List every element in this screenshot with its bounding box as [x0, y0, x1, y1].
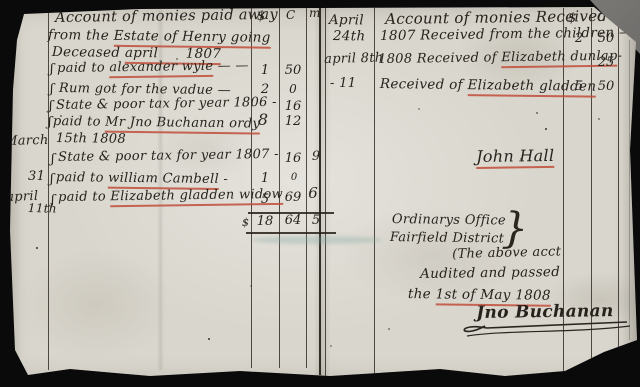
right-row-2-text: 1808 Received of Elizabeth dunlap-: [378, 49, 622, 67]
left-row-6-text: State & poor tax for year 1807 -: [58, 147, 279, 165]
row-text: paid to: [53, 114, 105, 130]
amount-dollars: 2: [566, 31, 592, 46]
left-margin-rule: [48, 8, 49, 370]
left-row-4-text: paid to Mr Jno Buchanan ordy: [53, 114, 260, 132]
amount-dollars: 5: [566, 79, 592, 94]
amount-cents: 0: [280, 82, 306, 96]
left-cents-header: C: [286, 8, 295, 22]
entry-date: - 11: [330, 76, 356, 91]
paper-speckles: [0, 0, 2, 2]
row-text: paid to: [58, 189, 110, 205]
margin-date: 11th: [28, 201, 57, 216]
title-line2-pre: from the: [48, 27, 114, 44]
signature-text: John Hall: [476, 146, 554, 169]
ink-flourish: ʃ: [48, 115, 52, 130]
ink-smudge: [252, 236, 382, 244]
total-marker: $: [242, 216, 249, 229]
total-dollars: 18: [252, 214, 278, 229]
ink-flourish: ʃ: [50, 82, 54, 97]
left-page-title-line1: Account of monies paid away: [55, 7, 278, 26]
amount-cents: 50: [593, 31, 619, 46]
paper-right-border: [629, 40, 630, 340]
right-dollar-header: $: [568, 11, 577, 26]
entry-date: april 8th: [324, 51, 384, 67]
right-row-3-text: Received of Elizabeth gladden: [380, 76, 597, 95]
left-row-7-text: paid to william Cambell -: [56, 170, 228, 187]
amount-cents: 0: [281, 172, 307, 183]
note-line-3: the 1st of May 1808: [408, 286, 551, 304]
amount-dollars: 5: [252, 192, 278, 207]
ledger-paper: Account of monies paid away from the Est…: [0, 0, 640, 387]
left-dollar-header: $: [257, 9, 266, 24]
row-text-after: — —: [213, 58, 249, 73]
office-line-1: Ordinarys Office: [392, 212, 506, 228]
ink-flourish: ʃ: [51, 152, 55, 167]
amount-cents: 50: [593, 79, 619, 94]
amount-cents: 12: [280, 114, 306, 129]
total-bottom-rule: [246, 232, 336, 234]
entry-date: April: [329, 12, 364, 28]
title-line3-pre: Deceased: [52, 44, 125, 61]
note-line-2: Audited and passed: [420, 264, 560, 282]
amount-dollars: 1: [252, 63, 278, 78]
ink-flourish: ʃ: [50, 62, 54, 77]
row-text: paid to: [56, 170, 108, 186]
signature-john-hall: John Hall: [476, 146, 554, 166]
amount-mills: 9: [303, 149, 329, 164]
ink-flourish: ʃ: [49, 99, 53, 114]
row-text-underlined: alexander wyle: [109, 59, 213, 78]
row-text: Received of: [380, 76, 468, 93]
entry-date: 24th: [333, 28, 366, 44]
left-page-title-line2: from the Estate of Henry going: [48, 27, 271, 46]
amount-cents: 16: [280, 99, 306, 114]
signature-flourish: [455, 318, 635, 346]
row-text: 1808 Received of: [378, 50, 501, 67]
amount-cents: 50: [280, 63, 306, 78]
amount-mills: 6: [300, 184, 326, 202]
amount-cents: 25: [593, 55, 619, 70]
left-row-3-text: State & poor tax for year 1806 -: [56, 95, 277, 113]
left-row-5-text: 15th 1808: [56, 131, 126, 147]
total-mills: 5: [303, 213, 329, 228]
note-line-1: (The above acct: [452, 244, 561, 262]
row-text: paid to: [57, 60, 109, 76]
left-mills-header: m: [309, 6, 321, 20]
ink-flourish: ʃ: [50, 172, 54, 187]
amount-dollars: 8: [250, 110, 276, 129]
office-line-2: Fairfield District: [390, 230, 504, 246]
left-row-8-text: paid to Elizabeth gladden widow: [58, 187, 283, 205]
amount-dollars: 1: [252, 171, 278, 186]
row-text-underlined: Mr Jno Buchanan ordy: [105, 115, 260, 135]
margin-date: 31: [28, 169, 45, 184]
scanned-ledger-page: Account of monies paid away from the Est…: [0, 0, 640, 387]
margin-date: March: [4, 133, 49, 149]
row-text-after: -: [219, 172, 228, 187]
row-text: the: [408, 286, 436, 302]
left-row-1-text: paid to alexander wyle — —: [57, 58, 249, 76]
